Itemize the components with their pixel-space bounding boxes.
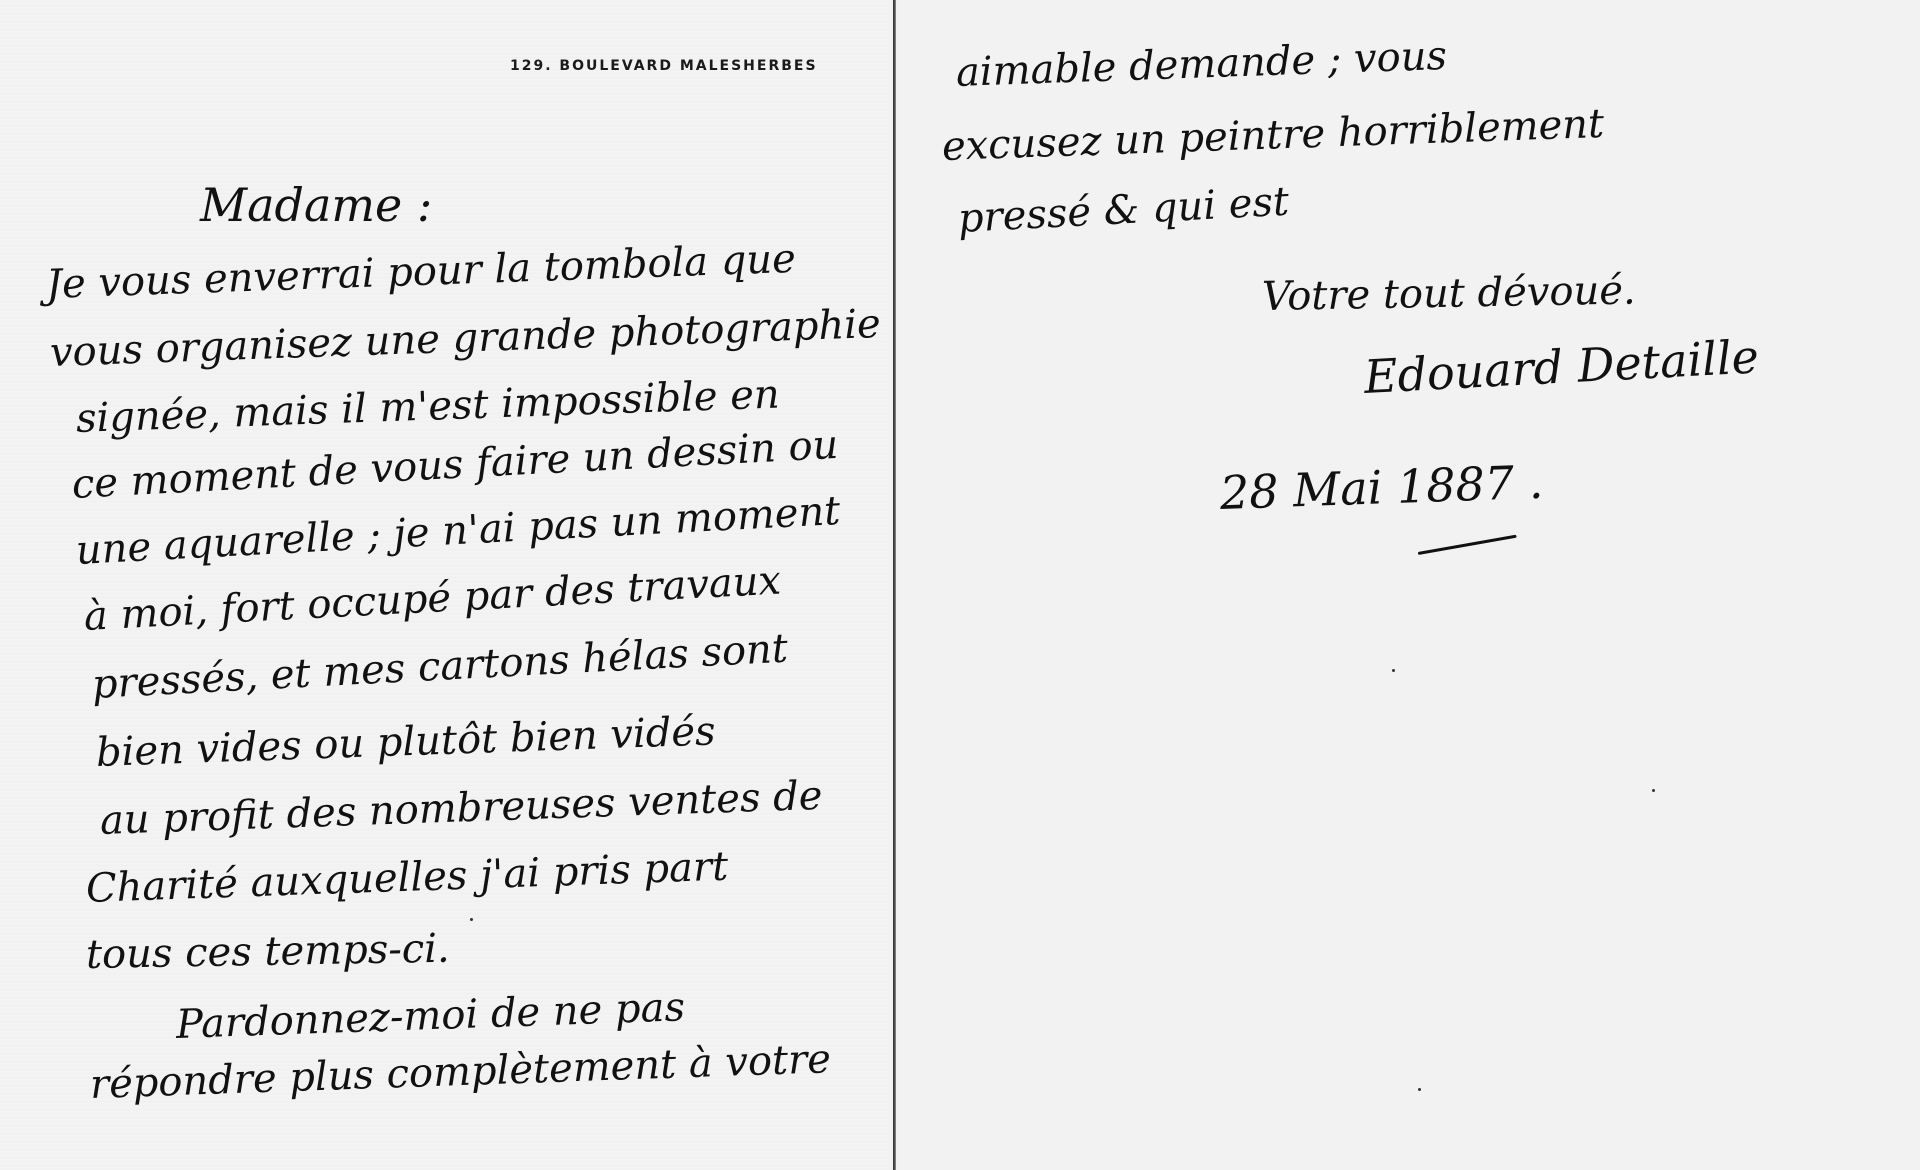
paper-speck <box>1652 789 1655 792</box>
letter-line: vous organisez une grande photographie <box>49 301 881 376</box>
letter-line: Pardonnez-moi de ne pas <box>175 984 685 1048</box>
letter-line: au profit des nombreuses ventes de <box>99 773 823 844</box>
letter-line: Charité auxquelles j'ai pris part <box>85 844 729 912</box>
salutation: Madame : <box>200 178 432 232</box>
signature: Edouard Detaille <box>1363 329 1760 404</box>
letter-line: bien vides ou plutôt bien vidés <box>95 708 716 776</box>
letter-line: Je vous enverrai pour la tombola que <box>45 236 796 308</box>
letter-line: pressé & qui est <box>957 179 1290 242</box>
letter-line: excusez un peintre horriblement <box>941 101 1605 170</box>
right-page: aimable demande ; vous excusez un peintr… <box>898 0 1920 1170</box>
closing-phrase: Votre tout dévoué. <box>1262 267 1636 320</box>
letter-line: à moi, fort occupé par des travaux <box>83 558 782 640</box>
left-page: 129. BOULEVARD MALESHERBES Madame : Je v… <box>0 0 893 1170</box>
letter-date: 28 Mai 1887 . <box>1219 455 1544 520</box>
paper-speck <box>1418 1088 1421 1091</box>
letterhead-address: 129. BOULEVARD MALESHERBES <box>510 58 818 74</box>
letter-line: pressés, et mes cartons hélas sont <box>91 626 789 708</box>
paper-speck <box>470 918 473 921</box>
date-flourish <box>1418 535 1517 555</box>
paper-speck <box>1392 669 1395 672</box>
letter-line: tous ces temps-ci. <box>86 926 450 978</box>
letter-spread: 129. BOULEVARD MALESHERBES Madame : Je v… <box>0 0 1920 1170</box>
letter-line: aimable demande ; vous <box>955 33 1447 96</box>
page-divider <box>893 0 896 1170</box>
